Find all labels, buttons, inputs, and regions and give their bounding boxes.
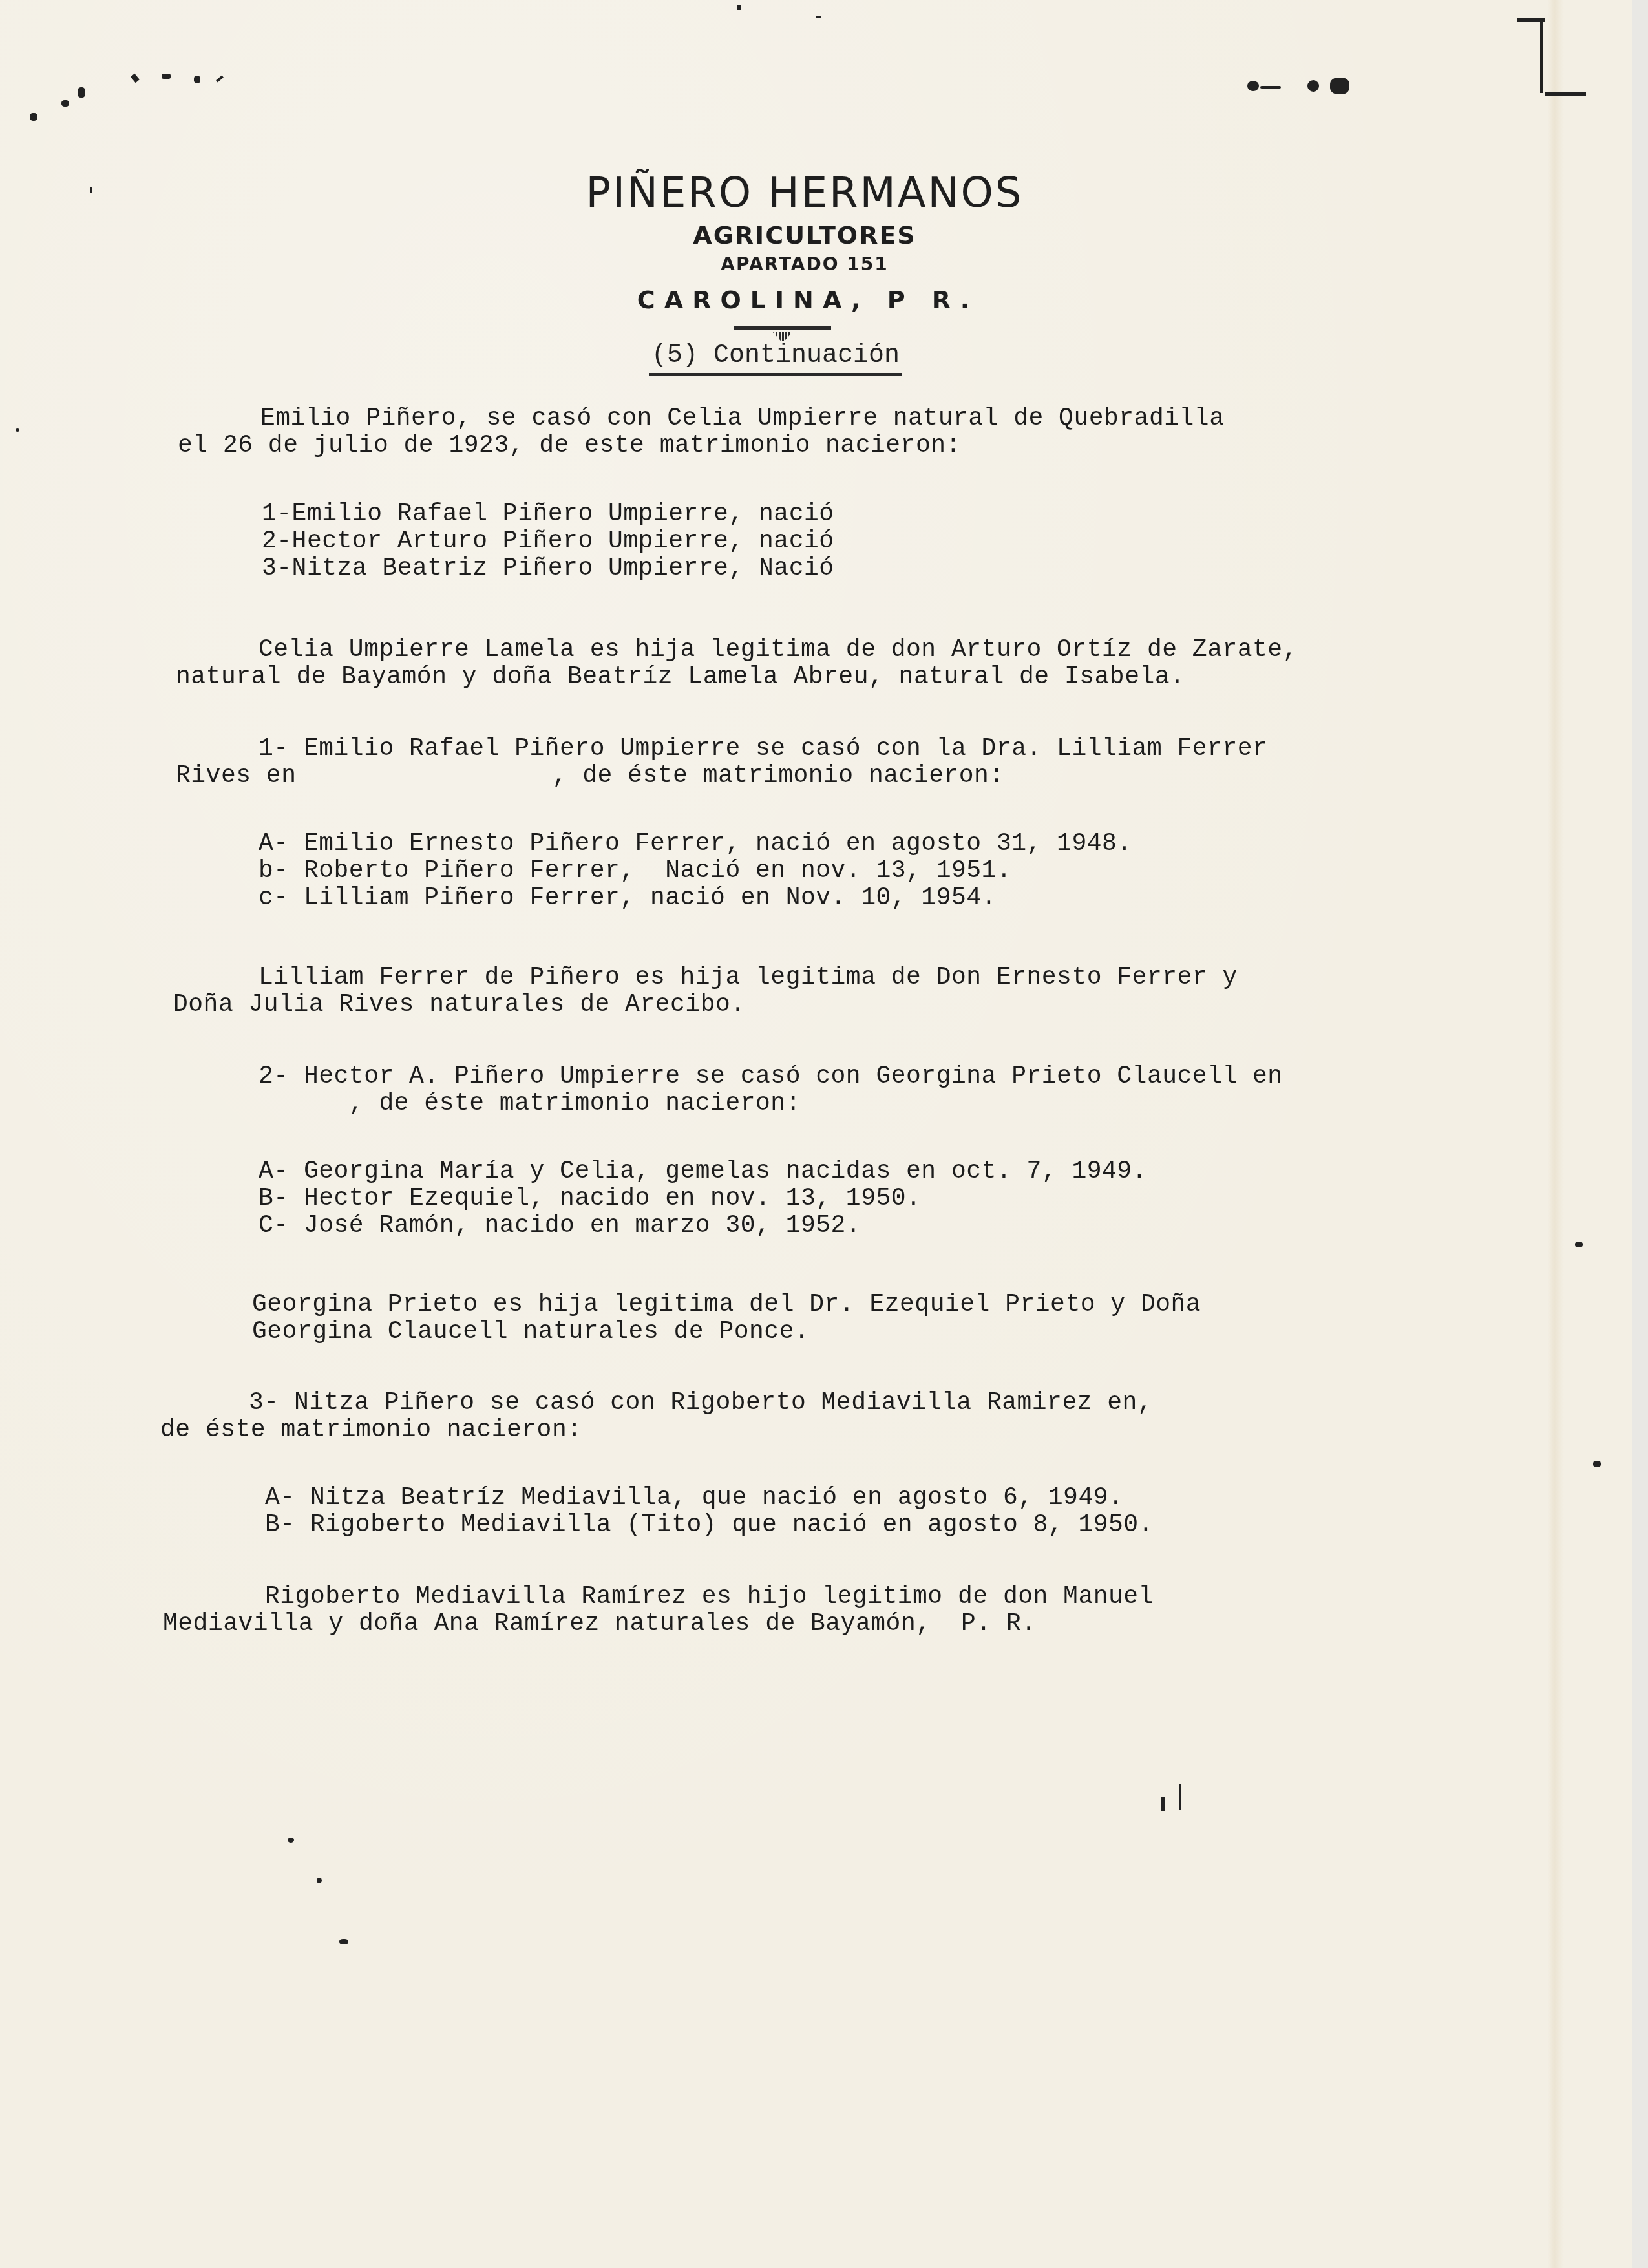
list-item: 3-Nitza Beatriz Piñero Umpierre, Nació [262,555,834,582]
ink-speck-mark [194,76,200,83]
paragraph-line: Doña Julia Rives naturales de Arecibo. [173,991,746,1019]
paragraph-line: 3- Nitza Piñero se casó con Rigoberto Me… [249,1390,1152,1417]
list-item: A- Georgina María y Celia, gemelas nacid… [259,1158,1147,1185]
paragraph-line: 1- Emilio Rafael Piñero Umpierre se casó… [259,736,1267,763]
page-heading-text: (5) Continuación [649,341,902,376]
list-item: A- Nitza Beatríz Mediavilla, que nació e… [265,1485,1123,1512]
list-item: c- Lilliam Piñero Ferrer, nació en Nov. … [259,885,997,912]
ink-speck-mark [288,1838,294,1843]
corner-bracket-mark-bottom [1545,92,1586,96]
paragraph-line: Rigoberto Mediavilla Ramírez es hijo leg… [265,1584,1154,1611]
letterhead-divider [734,326,831,330]
paragraph-line: Georgina Prieto es hija legitima del Dr.… [252,1291,1201,1319]
letterhead-subtitle: AGRICULTORES [0,221,1629,249]
paragraph-line: Emilio Piñero, se casó con Celia Umpierr… [260,405,1224,432]
letterhead-po-box: APARTADO 151 [0,253,1629,275]
list-item: 1-Emilio Rafael Piñero Umpierre, nació [262,501,834,528]
ink-speck-mark [61,100,69,107]
paragraph-line: de éste matrimonio nacieron: [160,1417,582,1444]
document-page: PIÑERO HERMANOS AGRICULTORES APARTADO 15… [0,0,1632,2268]
list-item: B- Rigoberto Mediavilla (Tito) que nació… [265,1512,1154,1539]
ink-speck-mark [317,1878,322,1883]
paragraph-line: , de éste matrimonio nacieron: [259,1090,801,1118]
paragraph-line: Lilliam Ferrer de Piñero es hija legitim… [259,964,1238,991]
paragraph-line: el 26 de julio de 1923, de este matrimon… [178,432,961,460]
ink-blot-mark [1247,81,1259,91]
ink-speck-mark [1161,1797,1165,1811]
ink-speck-mark [1575,1242,1583,1247]
ink-speck-mark [90,187,92,193]
ink-speck-mark [131,74,140,83]
list-item: b- Roberto Piñero Ferrer, Nació en nov. … [259,858,1011,885]
paragraph-line: Georgina Claucell naturales de Ponce. [252,1319,809,1346]
list-item: 2-Hector Arturo Piñero Umpierre, nació [262,528,834,555]
list-item: B- Hector Ezequiel, nacido en nov. 13, 1… [259,1185,921,1213]
ink-blot-mark [1307,80,1319,92]
ink-speck-mark [78,87,85,98]
paragraph-line: natural de Bayamón y doña Beatríz Lamela… [176,664,1185,691]
letterhead-company-name: PIÑERO HERMANOS [0,169,1629,217]
letterhead-ornament-icon [772,332,793,341]
paragraph-line: Mediavilla y doña Ana Ramírez naturales … [163,1611,1037,1638]
ink-speck-mark [30,113,37,121]
paragraph-line: 2- Hector A. Piñero Umpierre se casó con… [259,1063,1283,1090]
ink-speck-mark [1593,1461,1601,1467]
ink-speck-mark [737,5,741,10]
list-item: C- José Ramón, nacido en marzo 30, 1952. [259,1213,861,1240]
ink-speck-mark [339,1939,348,1944]
letterhead-city: CAROLINA, P R. [0,286,1632,314]
paragraph-line: Celia Umpierre Lamela es hija legitima d… [259,637,1298,664]
ink-blot-mark [1330,78,1349,94]
page-heading: (5) Continuación [0,341,1648,376]
ink-blot-mark [1260,86,1281,89]
corner-bracket-mark-vertical [1540,21,1543,93]
ink-speck-mark [16,428,19,432]
list-item: A- Emilio Ernesto Piñero Ferrer, nació e… [259,831,1132,858]
ink-speck-mark [816,16,821,18]
paragraph-line: Rives en , de éste matrimonio nacieron: [176,763,1004,790]
ink-speck-mark [162,74,171,79]
ink-speck-mark [1179,1784,1181,1810]
ink-speck-mark [216,76,224,83]
